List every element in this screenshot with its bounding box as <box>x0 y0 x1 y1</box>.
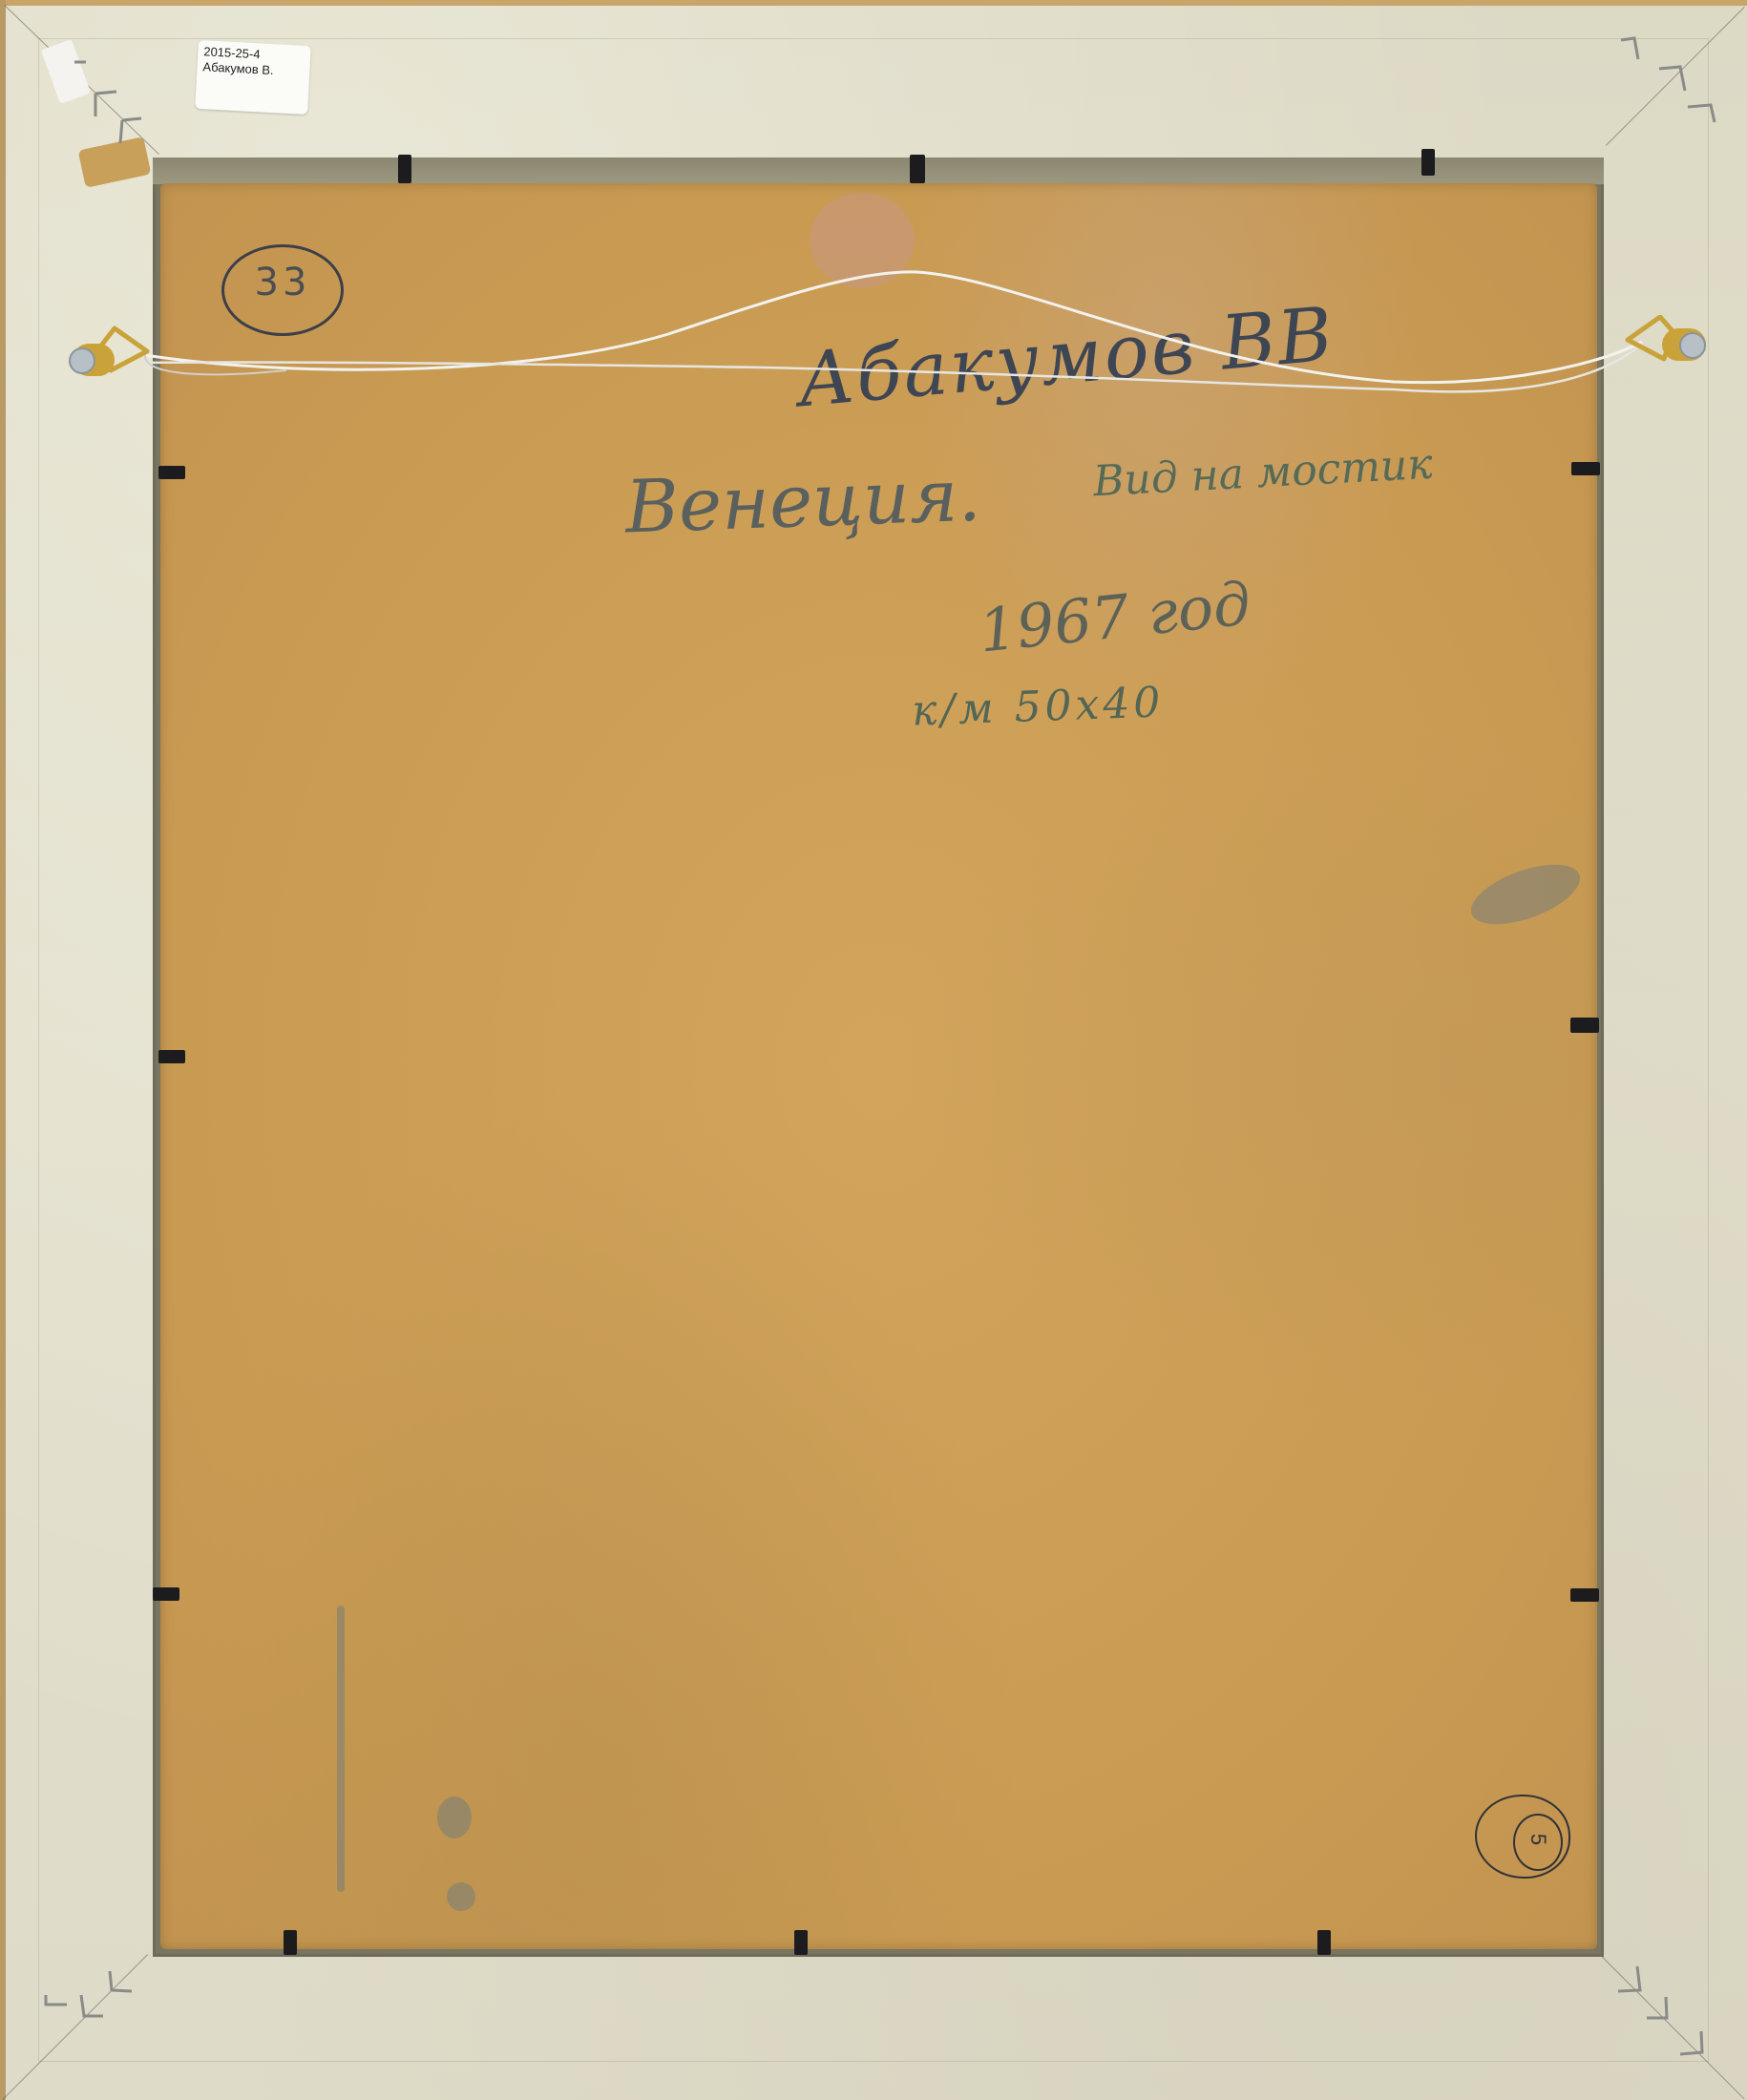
picture-frame: 2015-25-4 Абакумов В. 33 Абакумов ВВ Вен… <box>0 0 1747 2100</box>
frame-staples <box>0 0 1747 2100</box>
